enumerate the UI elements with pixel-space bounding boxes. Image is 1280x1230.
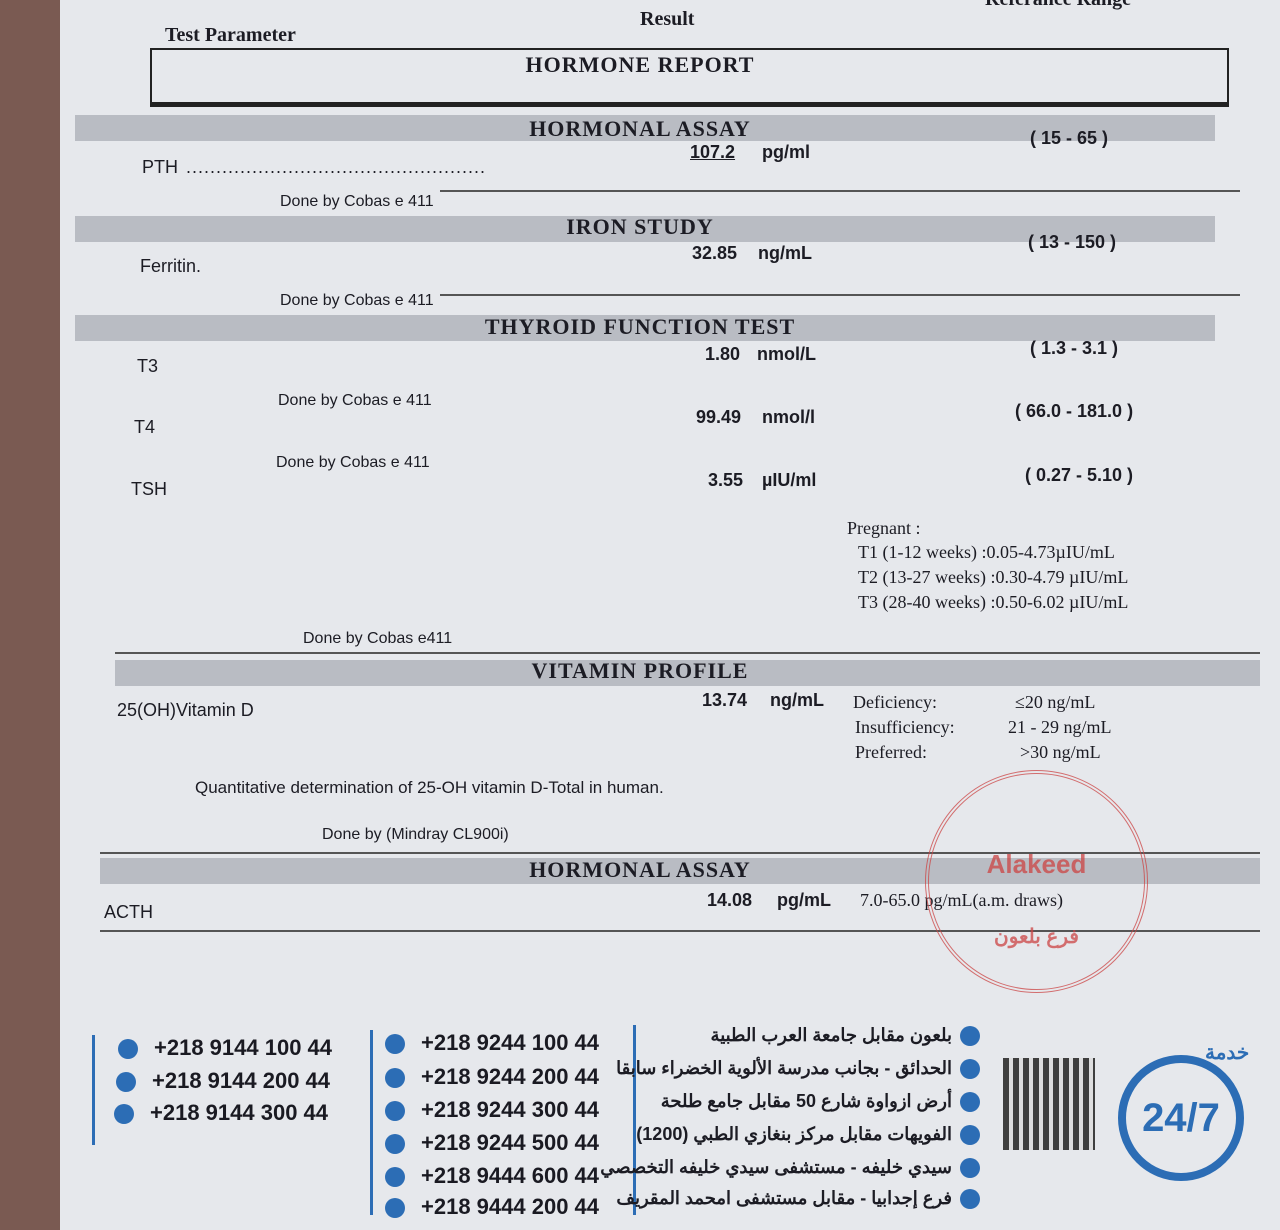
address-4: الفويهات مقابل مركز بنغازي الطبي (1200) [650, 1124, 980, 1145]
phone-icon [385, 1068, 405, 1088]
pth-unit: pg/ml [762, 142, 810, 163]
pregnant-t1: T1 (1-12 weeks) :0.05-4.73µIU/mL [858, 542, 1115, 563]
phone-icon [118, 1039, 138, 1059]
location-pin-icon [960, 1026, 980, 1046]
t3-range: ( 1.3 - 3.1 ) [1030, 338, 1118, 359]
service-24-7-badge: 24/7 [1118, 1055, 1244, 1181]
vitd-insufficiency-value: 21 - 29 ng/mL [1008, 717, 1112, 738]
phone-mid-4: +218 9244 500 44 [421, 1130, 599, 1155]
vitd-preferred-label: Preferred: [855, 742, 927, 763]
phone-left-3: +218 9144 300 44 [150, 1100, 328, 1125]
phone-mid-1: +218 9244 100 44 [421, 1030, 599, 1055]
lab-stamp: Alakeed فرع بلعون [925, 770, 1148, 993]
service-label: خدمة [1205, 1040, 1249, 1065]
t3-unit: nmol/L [757, 344, 816, 365]
location-pin-icon [960, 1189, 980, 1209]
qr-code[interactable] [1003, 1058, 1095, 1150]
pth-done-by: Done by Cobas e 411 [280, 193, 434, 211]
location-pin-icon [960, 1125, 980, 1145]
vitamin-d-note: Quantitative determination of 25-OH vita… [195, 778, 664, 798]
t4-range: ( 66.0 - 181.0 ) [1015, 401, 1133, 422]
address-2: الحدائق - بجانب مدرسة الألوية الخضراء سا… [650, 1058, 980, 1079]
phone-left-1: +218 9144 100 44 [154, 1035, 332, 1060]
t3-value: 1.80 [705, 344, 740, 365]
acth-value: 14.08 [707, 890, 752, 911]
test-name-vitamin-d: 25(OH)Vitamin D [117, 700, 254, 721]
t4-value: 99.49 [696, 407, 741, 428]
t3-done-by: Done by Cobas e 411 [278, 392, 432, 410]
tsh-value: 3.55 [708, 470, 743, 491]
vitamin-d-done-by: Done by (Mindray CL900i) [322, 826, 509, 844]
pregnant-t2: T2 (13-27 weeks) :0.30-4.79 µIU/mL [858, 567, 1128, 588]
test-name-tsh: TSH [131, 479, 167, 500]
col-result: Result [640, 8, 694, 31]
phone-icon [116, 1072, 136, 1092]
phone-icon [385, 1034, 405, 1054]
phone-icon [385, 1198, 405, 1213]
test-name-pth: PTH [142, 157, 178, 178]
section-title-vitamin: VITAMIN PROFILE [0, 658, 1280, 684]
pregnant-label: Pregnant : [847, 518, 921, 539]
col-reference-range: Referance Range [985, 0, 1131, 11]
tsh-range: ( 0.27 - 5.10 ) [1025, 465, 1133, 486]
address-1: بلعون مقابل جامعة العرب الطبية [650, 1025, 980, 1046]
vitd-deficiency-label: Deficiency: [853, 692, 937, 713]
phone-left-2: +218 9144 200 44 [152, 1068, 330, 1093]
ferritin-range: ( 13 - 150 ) [1028, 232, 1116, 253]
ferritin-done-by: Done by Cobas e 411 [280, 292, 434, 310]
vitd-deficiency-value: ≤20 ng/mL [1015, 692, 1095, 713]
address-3: أرض ازواوة شارع 50 مقابل جامع طلحة [650, 1091, 980, 1112]
phone-icon [385, 1167, 405, 1187]
phone-mid-5: +218 9444 600 44 [421, 1163, 599, 1188]
section-title-thyroid: THYROID FUNCTION TEST [0, 314, 1280, 340]
address-6: فرع إجدابيا - مقابل مستشفى امحمد المقريف [650, 1188, 980, 1209]
ferritin-unit: ng/mL [758, 243, 812, 264]
vitd-insufficiency-label: Insufficiency: [855, 717, 955, 738]
location-pin-icon [960, 1059, 980, 1079]
tsh-unit: µIU/ml [762, 470, 816, 491]
phone-mid-6: +218 9444 200 44 [421, 1194, 599, 1213]
location-pin-icon [960, 1158, 980, 1178]
pth-value: 107.2 [690, 142, 735, 163]
phone-icon [385, 1101, 405, 1121]
test-name-acth: ACTH [104, 902, 153, 923]
tsh-done-by: Done by Cobas e411 [303, 630, 452, 648]
test-name-t3: T3 [137, 356, 158, 377]
phone-mid-3: +218 9244 300 44 [421, 1097, 599, 1122]
t4-unit: nmol/l [762, 407, 815, 428]
test-name-ferritin: Ferritin. [140, 256, 201, 277]
report-title: HORMONE REPORT [0, 52, 1280, 78]
location-pin-icon [960, 1092, 980, 1112]
vitd-preferred-value: >30 ng/mL [1020, 742, 1101, 763]
test-name-t4: T4 [134, 417, 155, 438]
phone-icon [385, 1134, 405, 1154]
pth-range: ( 15 - 65 ) [1030, 128, 1108, 149]
acth-unit: pg/mL [777, 890, 831, 911]
t4-done-by: Done by Cobas e 411 [276, 454, 430, 472]
vitamin-d-unit: ng/mL [770, 690, 824, 711]
vitamin-d-value: 13.74 [702, 690, 747, 711]
address-5: سيدي خليفه - مستشفى سيدي خليفه التخصصي [650, 1157, 980, 1178]
pregnant-t3: T3 (28-40 weeks) :0.50-6.02 µIU/mL [858, 592, 1128, 613]
phone-mid-2: +218 9244 200 44 [421, 1064, 599, 1089]
col-test-parameter: Test Parameter [165, 24, 296, 47]
phone-icon [114, 1104, 134, 1124]
ferritin-value: 32.85 [692, 243, 737, 264]
